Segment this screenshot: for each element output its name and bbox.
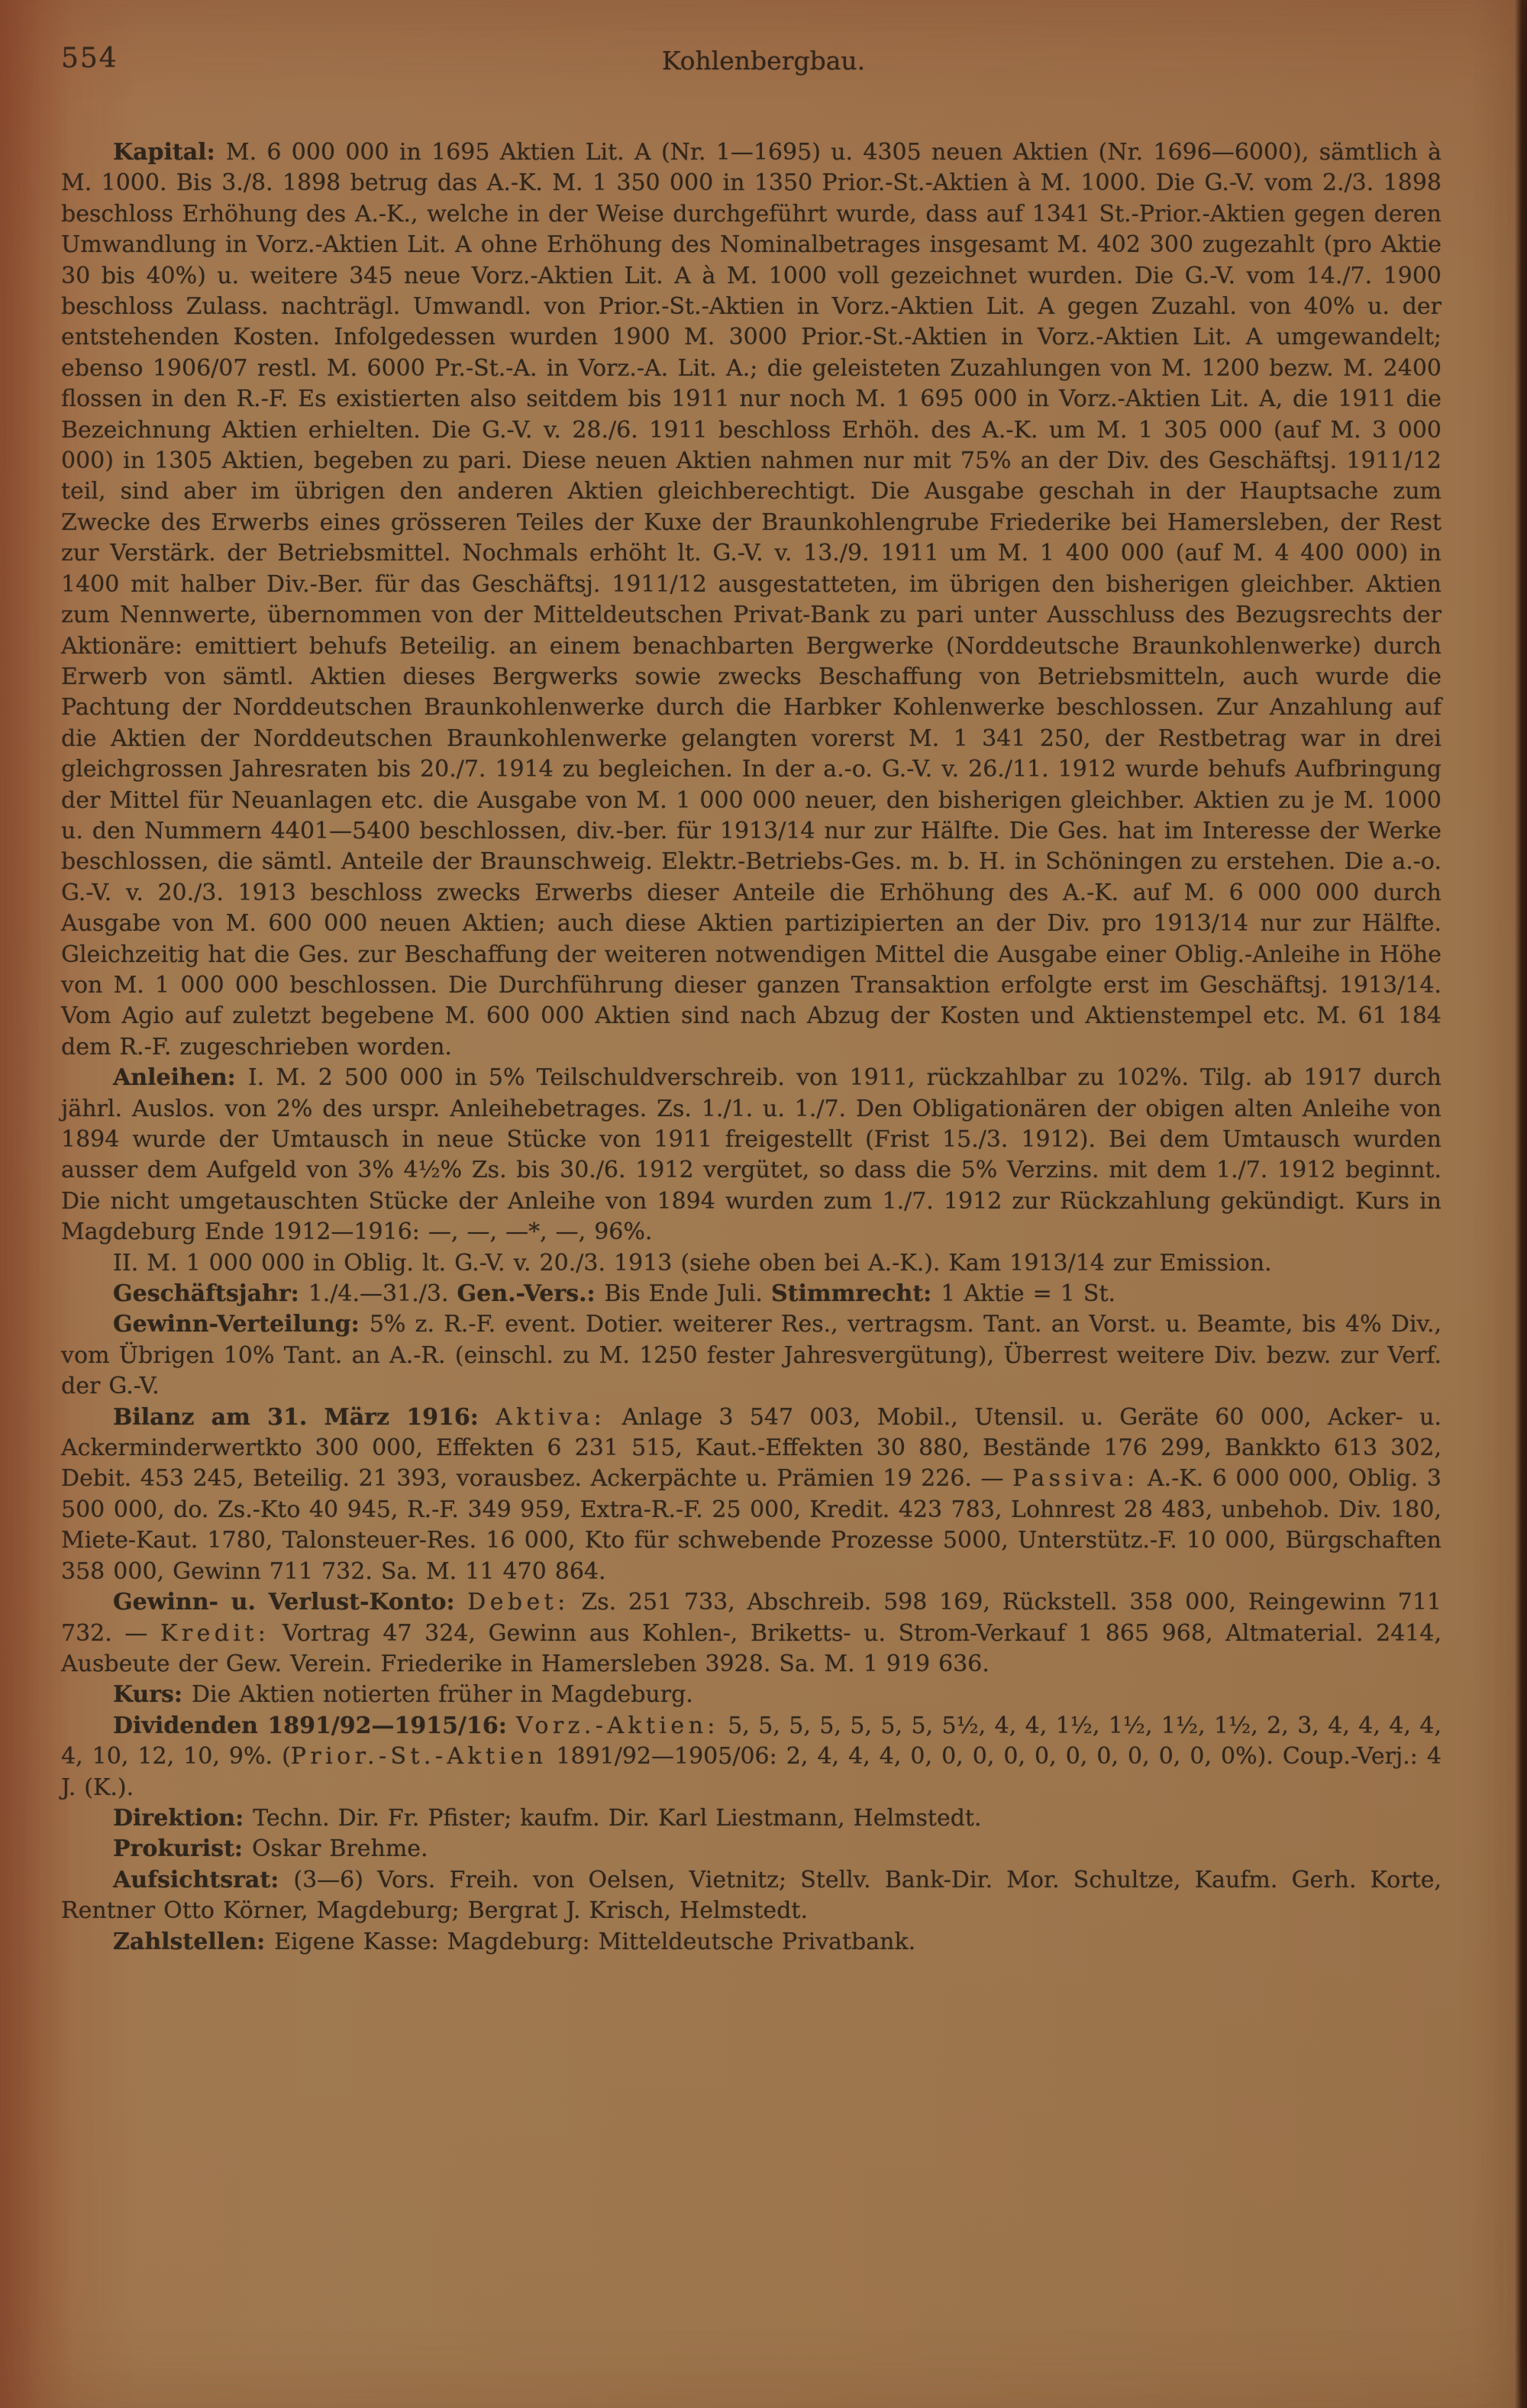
paragraph: Zahlstellen: Eigene Kasse: Magdeburg: Mi… <box>61 1927 1441 1958</box>
paragraph: Prokurist: Oskar Brehme. <box>61 1834 1441 1864</box>
paragraph-label: Kurs: <box>113 1681 192 1708</box>
paragraph: Geschäftsjahr: 1./4.—31./3. Gen.-Vers.: … <box>61 1279 1441 1309</box>
paragraph: II. M. 1 000 000 in Oblig. lt. G.-V. v. … <box>61 1248 1441 1279</box>
paragraph-text: I. M. 2 500 000 in 5% Teilschuldverschre… <box>61 1064 1441 1245</box>
paragraph-emphasis: Prior.-St.-Aktien <box>291 1743 547 1770</box>
paragraph-label: Direktion: <box>113 1805 253 1832</box>
paragraph-text: Bis Ende Juli. <box>605 1280 771 1307</box>
running-title: Kohlenbergbau. <box>0 46 1527 76</box>
paragraph-text: Oskar Brehme. <box>252 1835 428 1862</box>
paragraph-emphasis: Vorz.-Aktien: <box>516 1712 719 1739</box>
paragraph-text: 1./4.—31./3. <box>308 1280 457 1307</box>
paragraph-label: Gewinn-Verteilung: <box>113 1311 370 1338</box>
paragraph-emphasis: Debet: <box>467 1589 569 1616</box>
page-header: 554 Kohlenbergbau. <box>0 0 1527 90</box>
paragraph-label: Aufsichtsrat: <box>113 1867 293 1893</box>
paragraph-text: Techn. Dir. Fr. Pfister; kaufm. Dir. Kar… <box>253 1805 981 1832</box>
paragraph-text: 1 Aktie = 1 St. <box>941 1280 1115 1307</box>
paragraph-label: Zahlstellen: <box>113 1929 274 1955</box>
paragraph-text: M. 6 000 000 in 1695 Aktien Lit. A (Nr. … <box>61 139 1441 1060</box>
paragraph-label: Geschäftsjahr: <box>113 1280 308 1307</box>
paragraph-label: Gewinn- u. Verlust-Konto: <box>113 1589 467 1616</box>
paragraph-text: Die Aktien notierten früher in Magdeburg… <box>192 1681 693 1708</box>
book-page: 554 Kohlenbergbau. Kapital: M. 6 000 000… <box>0 0 1527 2408</box>
paragraph: Dividenden 1891/92—1915/16: Vorz.-Aktien… <box>61 1711 1441 1803</box>
paragraph: Gewinn- u. Verlust-Konto: Debet: Zs. 251… <box>61 1587 1441 1680</box>
paragraph-emphasis: Aktiva: <box>496 1404 605 1431</box>
paragraph: Bilanz am 31. März 1916: Aktiva: Anlage … <box>61 1403 1441 1587</box>
paragraph-text: II. M. 1 000 000 in Oblig. lt. G.-V. v. … <box>113 1250 1272 1277</box>
paragraph-text: Eigene Kasse: Magdeburg: Mitteldeutsche … <box>274 1929 915 1955</box>
paragraph: Direktion: Techn. Dir. Fr. Pfister; kauf… <box>61 1803 1441 1834</box>
paragraph: Aufsichtsrat: (3—6) Vors. Freih. von Oel… <box>61 1865 1441 1927</box>
paragraph-label: Kapital: <box>113 139 226 166</box>
paragraph-label: Gen.-Vers.: <box>457 1280 605 1307</box>
text-body: Kapital: M. 6 000 000 in 1695 Aktien Lit… <box>61 137 1441 1958</box>
paragraph: Kurs: Die Aktien notierten früher in Mag… <box>61 1680 1441 1710</box>
paragraph-label: Anleihen: <box>113 1064 248 1091</box>
paragraph-emphasis: Kredit: <box>160 1620 270 1647</box>
paragraph-label: Bilanz am 31. März 1916: <box>113 1404 496 1431</box>
paragraph-label: Stimmrecht: <box>771 1280 941 1307</box>
paragraph: Anleihen: I. M. 2 500 000 in 5% Teilschu… <box>61 1063 1441 1248</box>
paragraph: Kapital: M. 6 000 000 in 1695 Aktien Lit… <box>61 137 1441 1063</box>
paragraph-label: Dividenden 1891/92—1915/16: <box>113 1712 516 1739</box>
paragraph-emphasis: Passiva: <box>1012 1465 1138 1492</box>
paragraph: Gewinn-Verteilung: 5% z. R.-F. event. Do… <box>61 1309 1441 1402</box>
paragraph-label: Prokurist: <box>113 1835 252 1862</box>
